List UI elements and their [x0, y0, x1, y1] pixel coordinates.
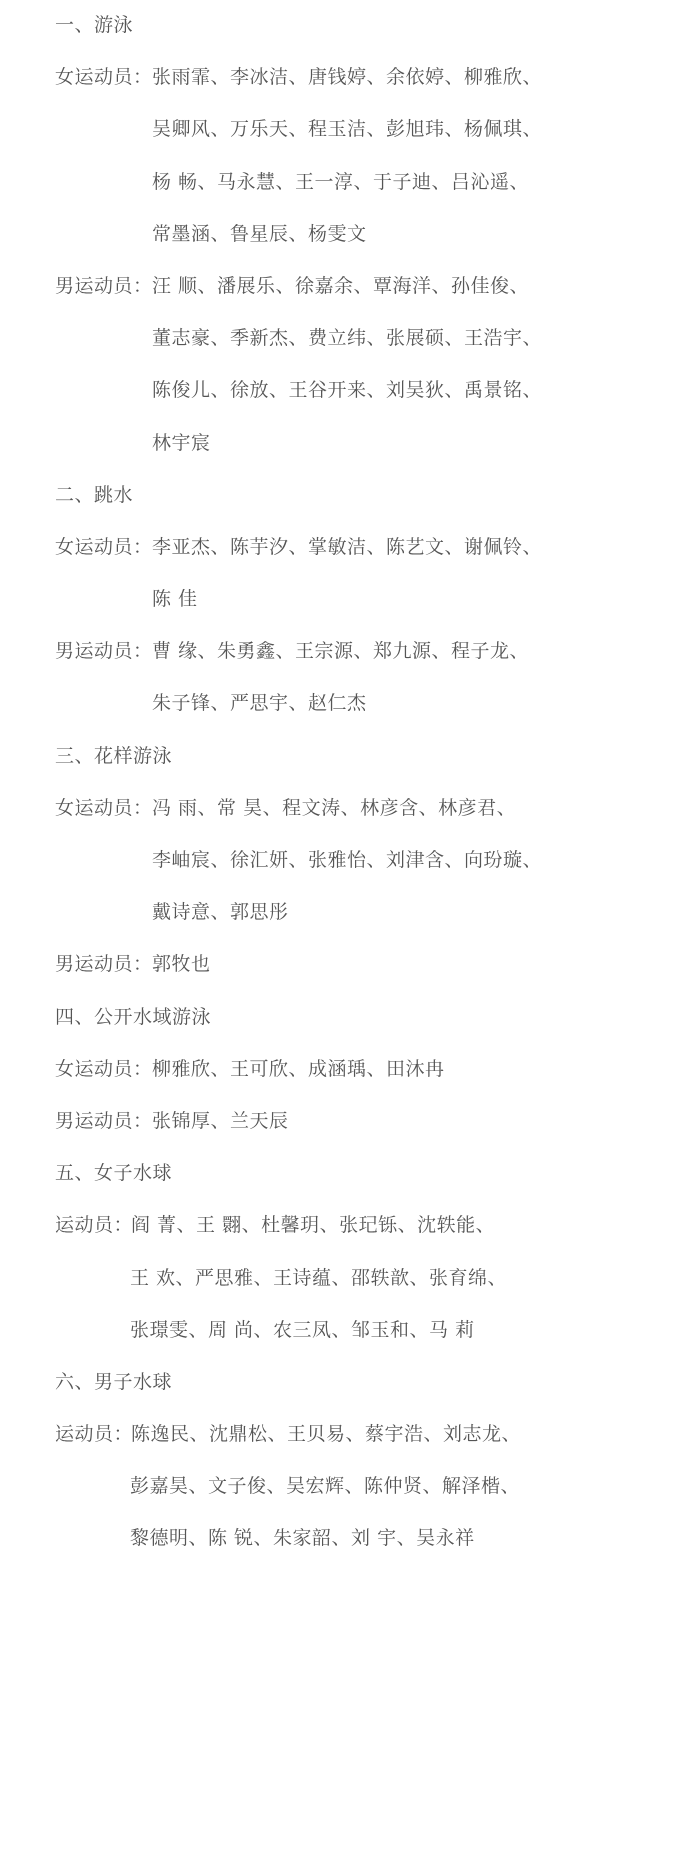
athlete-names: 张雨霏、李冰洁、唐钱婷、余依婷、柳雅欣、: [152, 66, 542, 88]
section-heading-open-water: 四、公开水域游泳: [0, 1001, 697, 1053]
athlete-names: 张璟雯、周 尚、农三凤、邹玉和、马 莉: [0, 1314, 697, 1366]
group-label-female: 女运动员：: [55, 1053, 152, 1085]
group-label-male: 男运动员：: [55, 635, 152, 667]
group-label-athletes: 运动员：: [55, 1418, 131, 1450]
group-row: 运动员：阎 菁、王 翾、杜馨玥、张玘铄、沈轶能、: [0, 1209, 697, 1261]
group-label-female: 女运动员：: [55, 61, 152, 93]
athlete-names: 常墨涵、鲁星辰、杨雯文: [0, 218, 697, 270]
athlete-names: 朱子锋、严思宇、赵仁杰: [0, 687, 697, 739]
group-label-female: 女运动员：: [55, 531, 152, 563]
athlete-names: 张锦厚、兰天辰: [152, 1110, 289, 1132]
group-label-athletes: 运动员：: [55, 1209, 131, 1241]
athlete-names: 黎德明、陈 锐、朱家韶、刘 宇、吴永祥: [0, 1522, 697, 1574]
group-label-male: 男运动员：: [55, 948, 152, 980]
group-row: 运动员：陈逸民、沈鼎松、王贝易、蔡宇浩、刘志龙、: [0, 1418, 697, 1470]
athlete-names: 王 欢、严思雅、王诗蕴、邵轶歆、张育绵、: [0, 1262, 697, 1314]
athlete-names: 吴卿风、万乐天、程玉洁、彭旭玮、杨佩琪、: [0, 113, 697, 165]
athlete-names: 戴诗意、郭思彤: [0, 896, 697, 948]
roster-document: 一、游泳 女运动员：张雨霏、李冰洁、唐钱婷、余依婷、柳雅欣、 吴卿风、万乐天、程…: [0, 0, 697, 1575]
athlete-names: 李岫宸、徐汇妍、张雅怡、刘津含、向玢璇、: [0, 844, 697, 896]
athlete-names: 林宇宸: [0, 427, 697, 479]
group-row: 男运动员：汪 顺、潘展乐、徐嘉余、覃海洋、孙佳俊、: [0, 270, 697, 322]
athlete-names: 冯 雨、常 昊、程文涛、林彦含、林彦君、: [152, 797, 516, 819]
group-row: 女运动员：冯 雨、常 昊、程文涛、林彦含、林彦君、: [0, 792, 697, 844]
athlete-names: 陈逸民、沈鼎松、王贝易、蔡宇浩、刘志龙、: [131, 1423, 521, 1445]
athlete-names: 郭牧也: [152, 953, 211, 975]
group-row: 女运动员：张雨霏、李冰洁、唐钱婷、余依婷、柳雅欣、: [0, 61, 697, 113]
athlete-names: 汪 顺、潘展乐、徐嘉余、覃海洋、孙佳俊、: [152, 275, 529, 297]
group-row: 女运动员：李亚杰、陈芋汐、掌敏洁、陈艺文、谢佩铃、: [0, 531, 697, 583]
athlete-names: 陈 佳: [0, 583, 697, 635]
athlete-names: 彭嘉昊、文子俊、吴宏辉、陈仲贤、解泽楷、: [0, 1470, 697, 1522]
section-heading-diving: 二、跳水: [0, 479, 697, 531]
section-heading-artistic-swimming: 三、花样游泳: [0, 740, 697, 792]
section-heading-mens-water-polo: 六、男子水球: [0, 1366, 697, 1418]
group-row: 女运动员：柳雅欣、王可欣、成涵瑀、田沐冉: [0, 1053, 697, 1105]
section-heading-womens-water-polo: 五、女子水球: [0, 1157, 697, 1209]
group-label-male: 男运动员：: [55, 270, 152, 302]
athlete-names: 杨 畅、马永慧、王一淳、于子迪、吕沁遥、: [0, 166, 697, 218]
athlete-names: 李亚杰、陈芋汐、掌敏洁、陈艺文、谢佩铃、: [152, 536, 542, 558]
group-row: 男运动员：曹 缘、朱勇鑫、王宗源、郑九源、程子龙、: [0, 635, 697, 687]
group-label-female: 女运动员：: [55, 792, 152, 824]
athlete-names: 阎 菁、王 翾、杜馨玥、张玘铄、沈轶能、: [131, 1214, 495, 1236]
section-heading-swimming: 一、游泳: [0, 9, 697, 61]
group-label-male: 男运动员：: [55, 1105, 152, 1137]
athlete-names: 董志豪、季新杰、费立纬、张展硕、王浩宇、: [0, 322, 697, 374]
group-row: 男运动员：郭牧也: [0, 948, 697, 1000]
athlete-names: 柳雅欣、王可欣、成涵瑀、田沐冉: [152, 1058, 445, 1080]
athlete-names: 陈俊儿、徐放、王谷开来、刘吴狄、禹景铭、: [0, 374, 697, 426]
group-row: 男运动员：张锦厚、兰天辰: [0, 1105, 697, 1157]
athlete-names: 曹 缘、朱勇鑫、王宗源、郑九源、程子龙、: [152, 640, 529, 662]
